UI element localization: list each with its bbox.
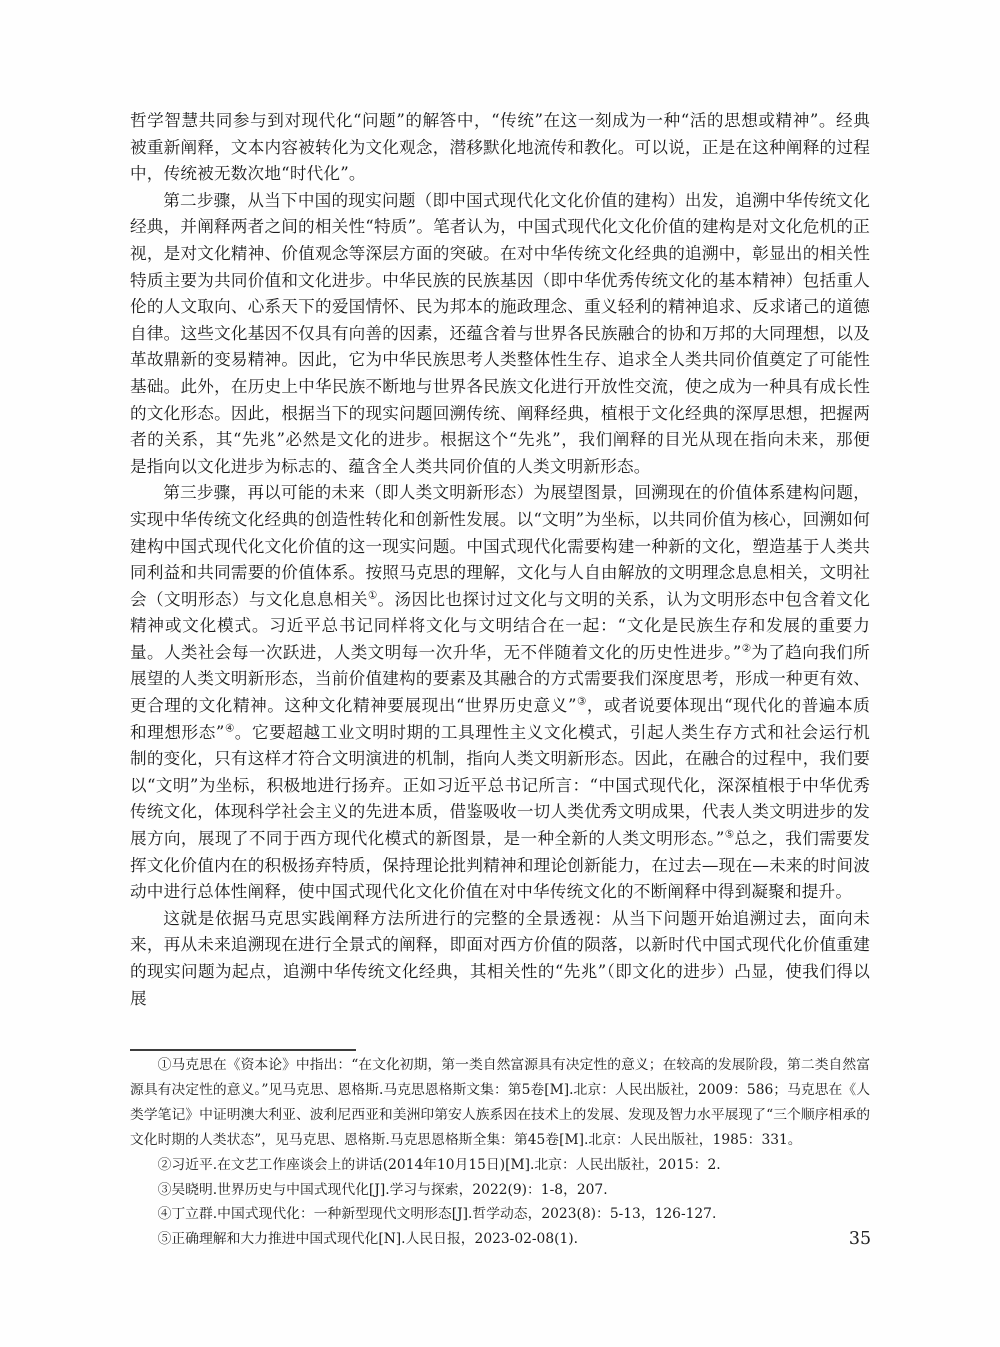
paragraph: 第三步骤，再以可能的未来（即人类文明新形态）为展望图景，回溯现在的价值体系建构问… <box>130 480 870 906</box>
page-number: 35 <box>838 1229 882 1249</box>
article-body: 哲学智慧共同参与到对现代化“问题”的解答中，“传统”在这一刻成为一种“活的思想或… <box>130 108 870 1012</box>
footnote-marker: ④ <box>225 722 235 734</box>
footnote-separator <box>130 1049 356 1051</box>
paragraph: 哲学智慧共同参与到对现代化“问题”的解答中，“传统”在这一刻成为一种“活的思想或… <box>130 108 870 188</box>
footnote-marker: ⑤ <box>725 829 735 841</box>
footnote-marker: ① <box>368 589 378 601</box>
footnote-marker: ② <box>742 642 752 654</box>
footnote-item: ⑤正确理解和大力推进中国式现代化[N].人民日报，2023-02-08(1). <box>130 1227 870 1252</box>
footnote-marker: ③ <box>577 696 587 708</box>
document-page: 哲学智慧共同参与到对现代化“问题”的解答中，“传统”在这一刻成为一种“活的思想或… <box>0 0 1000 1347</box>
paragraph: 第二步骤，从当下中国的现实问题（即中国式现代化文化价值的建构）出发，追溯中华传统… <box>130 188 870 481</box>
footnote-item: ②习近平.在文艺工作座谈会上的讲话(2014年10月15日)[M].北京：人民出… <box>130 1153 870 1178</box>
footnote-item: ③吴晓明.世界历史与中国式现代化[J].学习与探索，2022(9)：1-8，20… <box>130 1178 870 1203</box>
footnotes: ①马克思在《资本论》中指出：“在文化初期，第一类自然富源具有决定性的意义；在较高… <box>130 1053 870 1252</box>
footnote-item: ④丁立群.中国式现代化：一种新型现代文明形态[J].哲学动态，2023(8)：5… <box>130 1202 870 1227</box>
paragraph: 这就是依据马克思实践阐释方法所进行的完整的全景透视：从当下问题开始追溯过去，面向… <box>130 906 870 1012</box>
footnote-item: ①马克思在《资本论》中指出：“在文化初期，第一类自然富源具有决定性的意义；在较高… <box>130 1053 870 1153</box>
